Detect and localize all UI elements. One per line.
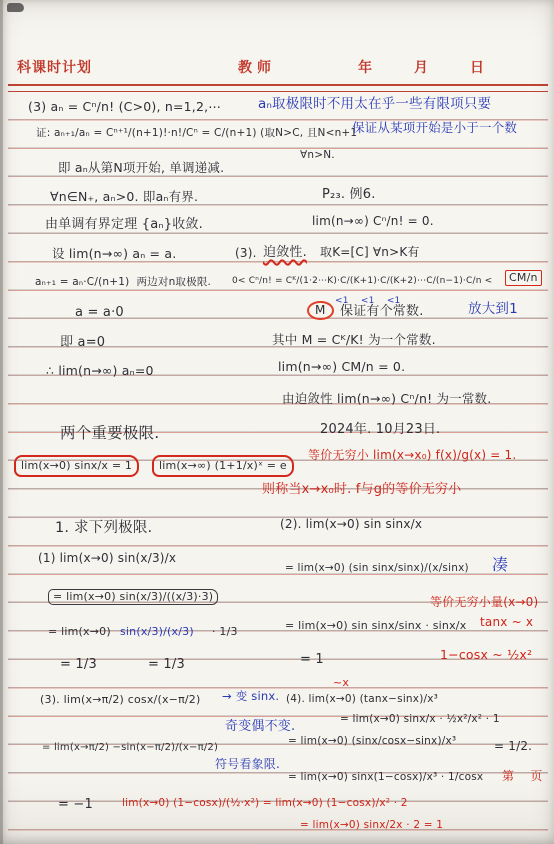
note-line: = lim(x→0) sinx(1−cosx)/x³ · 1/cosx bbox=[288, 772, 483, 784]
note-line: lim(x→0) (1−cosx)/(½·x²) = lim(x→0) (1−c… bbox=[122, 798, 408, 810]
note-line: 即 a=0 bbox=[60, 336, 105, 351]
note-line: = lim(x→0) sinx/x · ½x²/x² · 1 bbox=[340, 714, 500, 726]
note-line: = 1 bbox=[300, 653, 324, 668]
note-line: 其中 M = Cᴷ/K! 为一个常数. bbox=[272, 333, 436, 347]
note-line: ∴ lim(n→∞) aₙ=0 bbox=[46, 364, 154, 378]
note-line: lim(x→∞) (1+1/x)ˣ = e bbox=[152, 455, 294, 477]
note-line: 第 页 bbox=[502, 770, 543, 783]
note-line: (3). bbox=[235, 247, 257, 260]
note-line: CM/n bbox=[505, 270, 542, 286]
note-line: · 1/3 bbox=[212, 626, 238, 638]
note-line: 迫敛性. bbox=[263, 246, 307, 261]
note-line: = lim(x→π/2) −sin(x−π/2)/(x−π/2) bbox=[42, 742, 218, 753]
note-line: 符号看象限. bbox=[215, 758, 280, 771]
note-line: 1. 求下列极限. bbox=[55, 520, 152, 536]
note-line: 则称当x→x₀时. f与g的等价无穷小 bbox=[262, 483, 461, 498]
note-line: ∀n>N. bbox=[300, 150, 335, 162]
note-line: lim(n→∞) Cⁿ/n! = 0. bbox=[312, 215, 434, 228]
note-line: 即 aₙ从第N项开始, 单调递减. bbox=[58, 161, 224, 175]
note-line: = lim(x→0) sin(x/3)/((x/3)·3) bbox=[48, 589, 218, 605]
note-line: 0< Cⁿ/n! = Cᴷ/(1·2⋯K)·C/(K+1)·C/(K+2)⋯C/… bbox=[232, 276, 492, 286]
note-line: = −1 bbox=[58, 798, 93, 813]
note-line: a = a·0 bbox=[75, 306, 124, 321]
note-line: lim(n→∞) CM/n = 0. bbox=[278, 360, 405, 374]
note-line: = lim(x→0) bbox=[48, 626, 111, 638]
note-line: aₙ₊₁ = aₙ·C/(n+1) 两边对n取极限. bbox=[35, 277, 211, 289]
note-line: (3) aₙ = Cⁿ/n! (C>0), n=1,2,⋯ bbox=[28, 100, 221, 114]
notes-layer: (3) aₙ = Cⁿ/n! (C>0), n=1,2,⋯aₙ取极限时不用太在乎… bbox=[0, 0, 554, 844]
note-line: = 1/2. bbox=[494, 740, 532, 753]
note-line: 取K=[C] ∀n>K有 bbox=[320, 246, 420, 259]
note-line: (1) lim(x→0) sin(x/3)/x bbox=[38, 552, 176, 565]
note-line: 等价无穷小 lim(x→x₀) f(x)/g(x) = 1. bbox=[308, 449, 516, 462]
note-line: = lim(x→0) (sin sinx/sinx)/(x/sinx) bbox=[285, 563, 469, 575]
note-line: = lim(x→0) (sinx/cosx−sinx)/x³ bbox=[288, 736, 456, 748]
note-line: tanx ~ x bbox=[480, 616, 533, 629]
note-line: ~x bbox=[333, 677, 349, 689]
note-line: (4). lim(x→0) (tanx−sinx)/x³ bbox=[286, 694, 438, 706]
note-line: 证: aₙ₊₁/aₙ = Cⁿ⁺¹/(n+1)!·n!/Cⁿ = C/(n+1)… bbox=[36, 128, 357, 140]
note-line: 奇变偶不变. bbox=[225, 720, 295, 735]
note-line: 等价无穷小量(x→0) bbox=[430, 596, 538, 609]
note-line: 保证从某项开始是小于一个数 bbox=[352, 121, 517, 135]
note-line: 放大到1 bbox=[468, 302, 518, 317]
note-line: aₙ取极限时不用太在乎一些有限项只要 bbox=[258, 97, 491, 112]
note-line: 2024年. 10月23日. bbox=[320, 423, 440, 438]
note-line: sin(x/3)/(x/3) bbox=[120, 626, 194, 638]
note-line: 1−cosx ~ ½x² bbox=[440, 648, 532, 662]
note-line: lim(x→0) sinx/x = 1 bbox=[14, 455, 139, 477]
note-line: = 1/3 bbox=[148, 658, 185, 673]
note-line: = 1/3 bbox=[60, 658, 97, 673]
note-line: ∀n∈N₊, aₙ>0. 即aₙ有界. bbox=[50, 190, 198, 204]
notebook-page: 科课时计划 教师 年 月 日 (3) aₙ = Cⁿ/n! (C>0), n=1… bbox=[0, 0, 554, 844]
note-line: 凑 bbox=[492, 556, 508, 574]
note-line: 设 lim(n→∞) aₙ = a. bbox=[52, 247, 176, 261]
note-line: = lim(x→0) sin sinx/sinx · sinx/x bbox=[285, 620, 466, 632]
note-line: 保证有个常数. bbox=[340, 305, 424, 320]
note-line: 由迫敛性 lim(n→∞) Cⁿ/n! 为一常数. bbox=[282, 392, 491, 406]
note-line: = lim(x→0) sinx/2x · 2 = 1 bbox=[300, 820, 443, 832]
note-line: M bbox=[307, 301, 334, 320]
note-line: 由单调有界定理 {aₙ}收敛. bbox=[45, 218, 203, 233]
note-line: P₂₃. 例6. bbox=[322, 188, 376, 203]
note-line: 两个重要极限. bbox=[60, 425, 159, 442]
note-line: → 变 sinx. bbox=[222, 690, 279, 703]
note-line: (3). lim(x→π/2) cosx/(x−π/2) bbox=[40, 694, 201, 706]
note-line: (2). lim(x→0) sin sinx/x bbox=[280, 518, 422, 531]
